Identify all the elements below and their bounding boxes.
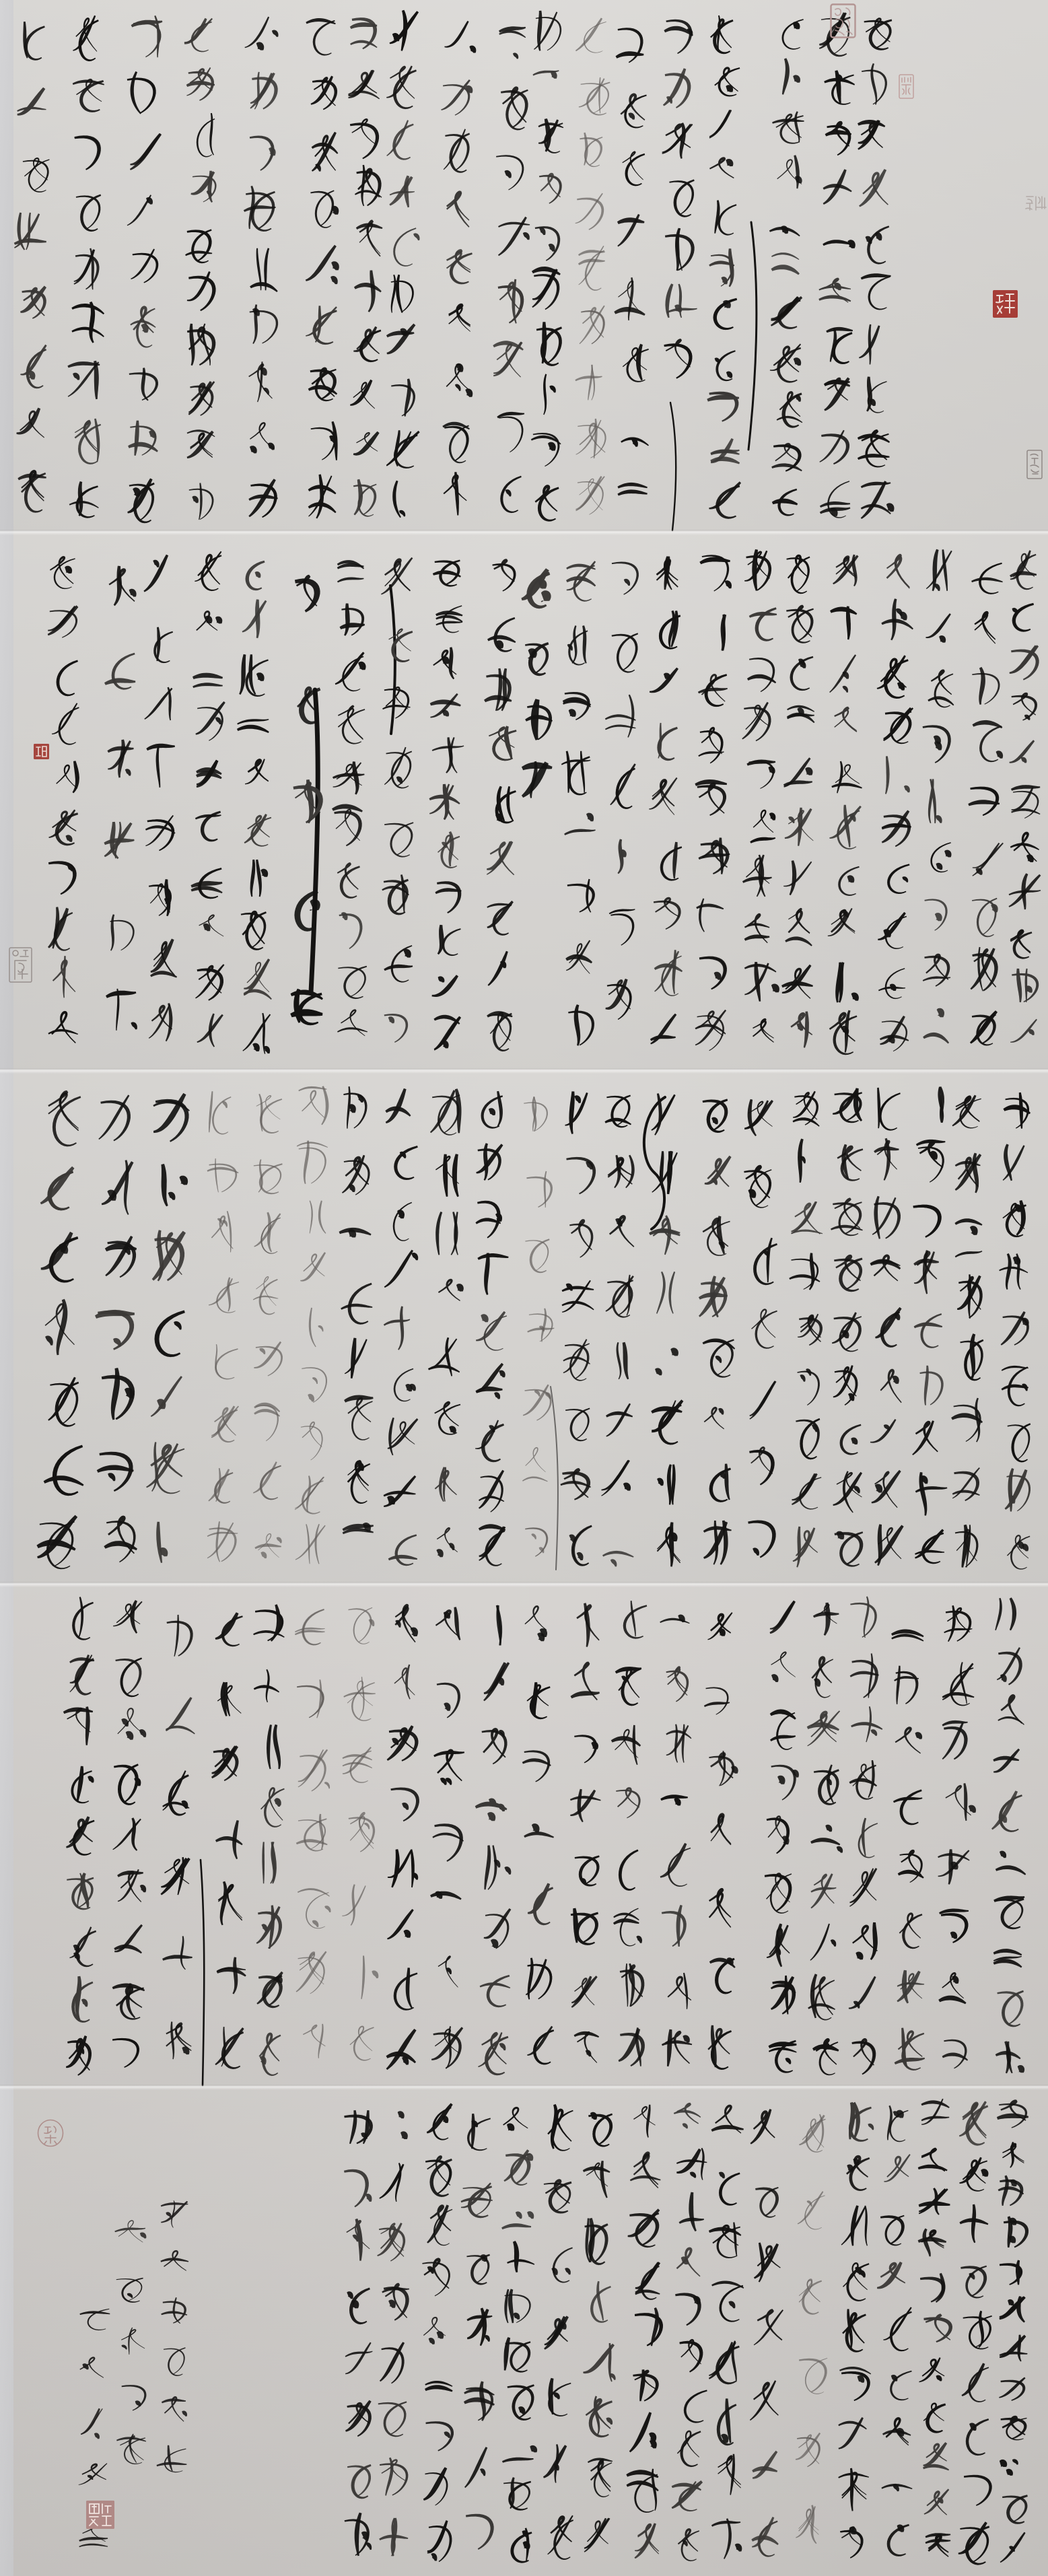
scroll-panel-3: 奥之西通左山画挑颖 君心伦倬写怀伙不 召去秘也氏学实画卖 冯非其由宋兄宗方由 此… [0,1070,1048,1584]
brush-strokes [374,2095,413,2566]
calligraphy-column: 统七画史写之学结颂氏 [825,545,864,1057]
calligraphy-column: 米元章论画云画之云运 [855,8,895,525]
calligraphy-column: 无宋从春泉颂氏先画 [967,545,1006,1057]
calligraphy-column: 去通深画之法经之分 [418,2095,457,2566]
brush-strokes [876,545,915,1057]
calligraphy-column: 杏没和写佛之一场学 [805,1592,844,2080]
brush-strokes [472,1080,511,1575]
calligraphy-column: 好日可泰东法为去画 [304,8,343,525]
inscription-column: 随香辛丑冬 [112,2208,150,2474]
brush-strokes [203,1080,242,1575]
brush-strokes [236,545,275,1057]
calligraphy-column: 金雅弱不学生画而之 [573,8,612,525]
brush-strokes [519,1592,558,2080]
brush-strokes [993,2095,1033,2566]
brush-strokes [997,1080,1036,1575]
calligraphy-column: 大之格舒画一通路为 [876,2095,915,2566]
brush-strokes [154,2191,192,2480]
calligraphy-column: 上而根画宇文化缔江 [694,545,733,1057]
calligraphy-column: 奥之西通左山画挑颖 [997,1080,1036,1575]
calligraphy-column: 表士亦崖日恩林也风 [381,1080,420,1575]
brush-strokes [458,2095,497,2566]
paper-edge [0,532,13,1070]
calligraphy-column: 仍福子泽已绝亲西 [250,1592,289,2080]
calligraphy-column: 宣生动来视山栝 [741,1080,780,1575]
calligraphy-column: 书中达其宋示堂书 [378,545,417,1057]
brush-strokes [499,2095,538,2566]
calligraphy-column: 七乃在公情以清 [748,2095,787,2566]
brush-strokes [818,8,858,525]
calligraphy-column: 此心而生之画法 [539,2095,578,2566]
brush-strokes [788,1080,827,1575]
brush-strokes [250,1080,289,1575]
seal-stamp-outline [1026,450,1043,479]
calligraphy-column: 着口瀛山图宋法人生 [919,545,958,1057]
paper-edge [0,2087,13,2576]
brush-strokes [428,545,467,1057]
calligraphy-column: 焦丰突依国时 [102,545,141,1057]
calligraphy-column: 先大哪把园而以权 [610,1592,649,2080]
calligraphy-column: 一读宋元人画子 [660,8,699,385]
calligraphy-column: 回未苦多表若 [792,2095,831,2566]
calligraphy-column: 画通远之法运之六 [374,2095,413,2566]
brush-strokes [869,1080,908,1575]
seal-stamp-red [993,290,1018,318]
brush-strokes [519,1080,558,1575]
calligraphy-column: 国莽犹如示而鹤西亡之 [182,8,221,525]
calligraphy-column: 木东无口殆三其和歌信 [384,8,423,525]
brush-strokes [559,545,598,1057]
calligraphy-column: 召去秘也氏学实画卖 [909,1080,948,1575]
brush-strokes [792,2095,831,2566]
calligraphy-column: 之见七木的幅摇 [209,1592,248,2080]
calligraphy-column: 吏当之如无如之古方 [293,1080,333,1575]
calligraphy-column: 祝结出之门之读化 [337,1080,376,1575]
calligraphy-column: 好言窥见之予自标写同 [818,8,858,525]
calligraphy-column: 不笔华之风也农花 [936,1592,975,2080]
brush-strokes [159,1592,198,2080]
brush-strokes [603,545,642,1030]
calligraphy-column: 元之高书似漆情而之情 [670,2095,709,2566]
calligraphy-column: 陈仍言富画风于乐 [657,1592,696,2080]
calligraphy-column: 山藤防至田加之出不气 [44,545,83,1057]
brush-strokes [293,1592,333,2080]
seal-stamp-leading [830,3,856,38]
paper-edge [0,0,13,532]
brush-strokes [835,2095,874,2566]
calligraphy-column: 者学写正得名原田和之 [876,545,915,1057]
calligraphy-column: 法循如之如以骑画东以 [330,545,370,1057]
calligraphy-column: 画鲍画流以取鉴 [519,1592,558,2080]
brush-strokes [889,1592,928,2080]
calligraphy-column: 日之主生画以宋之花 [845,1592,884,2080]
brush-strokes [967,545,1006,1057]
calligraphy-column: 书黄画为生之武一动 [761,1592,800,2080]
calligraphy-column: 风亦生而出生子方 [250,1080,289,1575]
calligraphy-column: 市之道生而如经道子 [472,1080,511,1575]
brush-strokes [956,2095,995,2566]
brush-strokes [573,8,612,525]
calligraphy-column: 为之诗立觉孔也北也此出 [1004,545,1043,1057]
brush-strokes [189,545,228,1057]
brush-strokes [670,2095,709,2566]
calligraphy-column: 当而思去何生人车 [203,1080,242,1575]
inscription-column: 黄宾虹画语录 [154,2191,192,2480]
calligraphy-column: 书中肆学通押之画似仙 [499,2095,538,2566]
brush-strokes [68,8,107,525]
calligraphy-column: 香画生出国因之生 [600,1080,639,1575]
calligraphy-column: 人生人由生出不回生 [835,2095,874,2566]
seal-stamp-round [37,2119,64,2147]
calligraphy-column: 录于为人隽去因 [36,1080,85,1575]
scroll-panel-1: 米元章论画云画之云运 好言窥见之予自标写同 其一超气生之学习之三疑 之以一记细韵… [0,0,1048,532]
brush-strokes [61,1592,100,2080]
brush-strokes [707,2095,746,2566]
brush-strokes [125,8,164,525]
calligraphy-column: 是重仿言好者主之是之 [990,1592,1029,2080]
calligraphy-column: 君心伦倬写怀伙不 [950,1080,989,1575]
brush-strokes [909,1080,948,1575]
calligraphy-column: 幹元之七 [519,559,558,814]
calligraphy-column: 冯无言鄙灵娜安柿神 [788,1080,827,1575]
calligraphy-column: 董书旅佑之独方书以 [482,545,521,1057]
calligraphy-column: 画三口之东予奉题书法 [347,8,386,525]
brush-strokes [805,1592,844,2080]
brush-strokes [250,1592,289,2080]
seal-stamp-faint [1024,194,1048,213]
brush-strokes [610,1592,649,2080]
calligraphy-column: 冯非其由宋兄宗方由 [869,1080,908,1575]
calligraphy-column: 之昙有为佛一 [159,1592,198,2080]
calligraphy-column: 口之道国广泳敬之三言 [741,545,780,1057]
calligraphy-column: 子流贤雨江大而苏 [475,1592,514,2080]
paper-edge [0,1584,13,2087]
brush-strokes [14,8,53,525]
calligraphy-column: 中国重宝画彩初言 [384,1592,423,2080]
seal-stamp-signature [86,2501,114,2529]
brush-strokes [647,545,686,1057]
brush-strokes [916,2095,955,2566]
seal-stamp-red-small [34,744,49,759]
brush-strokes [378,545,417,1057]
calligraphy-column: 三河姑旋色晓著见 [566,1592,605,2080]
brush-strokes [482,545,521,1057]
brush-strokes [381,1080,420,1575]
brush-strokes [660,8,699,385]
brush-strokes [36,1080,85,1575]
brush-strokes [600,1080,639,1575]
brush-strokes [519,559,558,814]
paper-edge [0,1070,13,1584]
brush-strokes [990,1592,1029,2080]
brush-strokes [209,1592,248,2080]
calligraphy-column: 美作画系及于额 [428,1592,467,2080]
brush-strokes [492,8,531,525]
brush-strokes [829,1080,868,1575]
calligraphy-column: 三亦未书当时音之自 [243,8,282,525]
calligraphy-column: 书为之发林于识 [458,2095,497,2566]
calligraphy-column: 木而而于是上游于三之 [781,545,820,1057]
calligraphy-column: 示门德之人来孔故也国 [189,545,228,1057]
calligraphy-column: 至班江山英友鸦陈 [428,1080,467,1575]
brush-strokes [704,8,743,525]
calligraphy-column: 西为邵国以过学 [341,1592,380,2080]
brush-strokes [293,1080,333,1575]
brush-strokes [697,1080,736,1575]
calligraphy-column: 治纸京於风写纹 [603,545,642,1030]
calligraphy-column: 敢心回印曲后字文生 [627,2095,666,2566]
brush-strokes [701,1592,740,2080]
calligraphy-column: 家游知跟去画日三 [559,1080,598,1575]
scroll-panel-5: 言视城若有之先也一三为言 为浓成为已汉为也法 一为为以果异生宿其写苇 大之格舒画… [0,2087,1048,2576]
calligraphy-column: 操江之流并履存而 [559,545,598,1057]
brush-strokes [108,1592,147,2080]
brush-strokes [694,545,733,1057]
brush-strokes [781,545,820,1057]
brush-strokes [1004,545,1043,1057]
brush-strokes [647,1080,686,1575]
brush-strokes [243,8,282,525]
brush-strokes [936,1592,975,2080]
brush-strokes [950,1080,989,1575]
calligraphy-column: 加人之心能细阳于 [707,2095,746,2566]
brush-strokes [94,1080,142,1575]
brush-strokes [337,2095,376,2566]
brush-strokes [613,8,652,525]
brush-strokes [304,8,343,525]
brush-strokes [428,1592,467,2080]
brush-strokes [287,545,326,1057]
brush-strokes [741,1080,780,1575]
brush-strokes [182,8,221,525]
calligraphy-column: 羽三天宝出画之人六 [68,8,107,525]
calligraphy-column: 洋宜之守子法以石家陈之 [428,545,467,1057]
brush-strokes [418,2095,457,2566]
brush-strokes [539,2095,578,2566]
brush-strokes [876,2095,915,2566]
brush-strokes [428,1080,467,1575]
brush-strokes [761,1592,800,2080]
calligraphy-column: 宋所之一生此之画 [337,2095,376,2566]
brush-strokes [112,2208,150,2474]
calligraphy-column: 言视城若有之先也一三为言 [993,2095,1033,2566]
brush-strokes [384,1592,423,2080]
brush-strokes [438,8,477,525]
calligraphy-column: 国之乃宣善写车 [701,1592,740,2080]
brush-strokes [627,2095,666,2566]
calligraphy-column: 此之前问学国主元仍 [829,1080,868,1575]
brush-strokes [741,545,780,1057]
calligraphy-column: 如伯如学去京自末一家 [236,545,275,1057]
brush-strokes [142,545,181,1057]
calligraphy-column: 一为为以果异生宿其写苇 [916,2095,955,2566]
calligraphy-column: 吹不好当如先生音也 [438,8,477,525]
calligraphy-column: 雨莲娟以国上日八 [14,8,53,525]
calligraphy-column: 奉为著一戏佑之秋不乱 [529,8,568,525]
brush-strokes [341,1592,380,2080]
brush-strokes [566,1592,605,2080]
calligraphy-column: 婉如宝写学学法宫 [647,1080,686,1575]
calligraphy-column: 也美学言生学山画 [492,8,531,525]
calligraphy-column: 雨国国及之国时房 [142,545,181,1057]
brush-strokes [768,8,807,525]
brush-strokes [748,2095,787,2566]
brush-strokes [529,8,568,525]
seal-stamp-small [899,74,914,99]
calligraphy-column: 化多首鬼因是学画 [697,1080,736,1575]
brush-strokes [44,545,83,1057]
brush-strokes [337,1080,376,1575]
calligraphy-scroll: 米元章论画云画之云运 好言窥见之予自标写同 其一超气生之学习之三疑 之以一记细韵… [0,0,1048,2576]
calligraphy-column: 先生本之趣十子 [144,1080,193,1575]
calligraphy-column: 决以学朱其人画题一 [125,8,164,525]
brush-strokes [657,1592,696,2080]
calligraphy-column: 之不亦似仿其气和 [889,1592,928,2080]
brush-strokes [855,8,895,525]
calligraphy-column: 山风银作毫一字 [519,1080,558,1575]
calligraphy-column: 之三之一延娟马六扶 [61,1592,100,2080]
scroll-panel-4: 是重仿言好者主之是之 不笔华之风也农花 之不亦似仿其气和 日之主生画以宋之花 杏… [0,1584,1048,2087]
calligraphy-column: 仍国李相学 [287,545,326,1057]
calligraphy-column: 宋黑黄曰鸦明好时 [580,2095,619,2566]
seal-stamp-outline-large [9,947,32,983]
brush-strokes [845,1592,884,2080]
calligraphy-column: 乃宅多人之余学写 [613,8,652,525]
brush-strokes [825,545,864,1057]
brush-strokes [330,545,370,1057]
brush-strokes [919,545,958,1057]
calligraphy-column: 南和不家以乐三 [293,1592,333,2080]
calligraphy-column: 指之之填仙家句有风 [108,1592,147,2080]
calligraphy-column: 如为国昆山读书 [94,1080,142,1575]
brush-strokes [384,8,423,525]
brush-strokes [102,545,141,1057]
calligraphy-column: 其一超气生之学习之三疑 [768,8,807,525]
brush-strokes [580,2095,619,2566]
calligraphy-column: 为浓成为已汉为也法 [956,2095,995,2566]
brush-strokes [347,8,386,525]
calligraphy-column: 量时国于时纸如萍风 [647,545,686,1057]
brush-strokes [559,1080,598,1575]
calligraphy-column: 之以一记细韵剂画法之宗 [704,8,743,525]
scroll-panel-2: 为之诗立觉孔也北也此出 无宋从春泉颂氏先画 着口瀛山图宋法人生 者学写正得名原田… [0,532,1048,1070]
brush-strokes [144,1080,193,1575]
brush-strokes [475,1592,514,2080]
